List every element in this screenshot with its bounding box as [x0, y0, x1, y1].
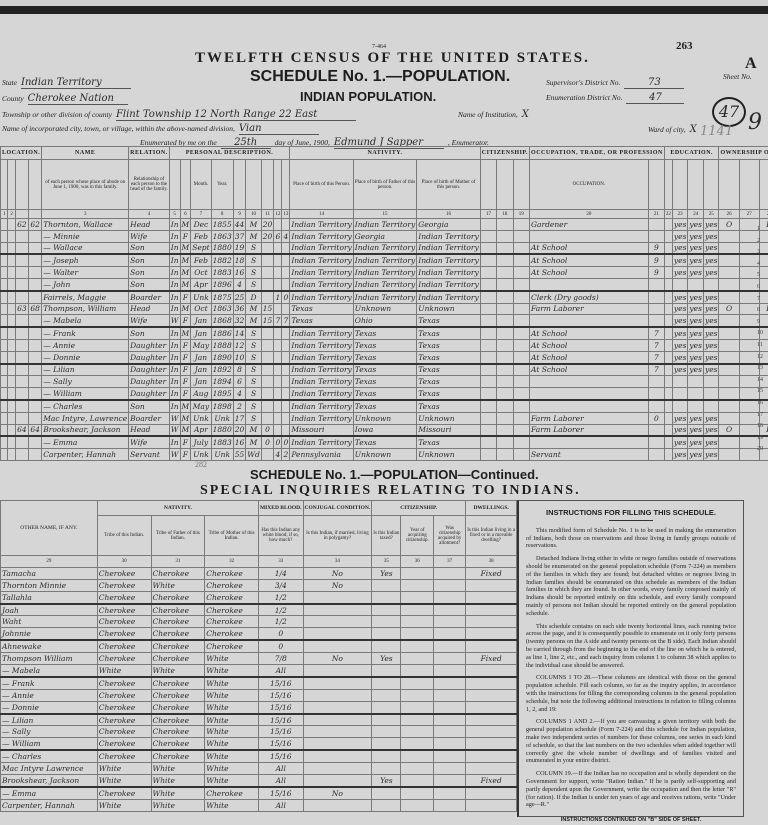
cell-kids	[274, 400, 282, 412]
cell-age: 6	[233, 376, 246, 388]
cell-empty	[1, 254, 8, 266]
cell-eng: yes	[703, 267, 719, 279]
cell-empty	[664, 388, 672, 400]
cell-dw	[15, 327, 28, 339]
cell-fpob: Indian Territory	[353, 278, 416, 290]
cell-occ: At School	[530, 267, 649, 279]
instructions-title: INSTRUCTIONS FOR FILLING THIS SCHEDULE.	[526, 509, 736, 517]
cell-empty	[664, 376, 672, 388]
cell-fpob: Texas	[353, 351, 416, 363]
cell-rel: Boarder	[129, 412, 170, 424]
column-number: 7	[191, 210, 211, 219]
cell-mpob: Indian Territory	[417, 230, 480, 242]
cell-own	[719, 339, 739, 351]
cell-mo: 9	[648, 254, 664, 266]
column-number: 31	[151, 556, 205, 568]
cell-dwell	[466, 677, 517, 689]
cell-allot	[434, 604, 466, 616]
table-row: Thornton MinnieCherokeeWhiteCherokee3/4N…	[1, 579, 517, 591]
cell-yrs: 20	[261, 230, 274, 242]
cell-tm: Cherokee	[205, 787, 259, 799]
cell-month: Jan	[191, 364, 211, 376]
cell-poly	[303, 616, 372, 628]
cell-poly	[303, 775, 372, 787]
cell-own	[719, 376, 739, 388]
cell-tribe: White	[97, 775, 151, 787]
cell-race: In	[169, 230, 180, 242]
column-number: 14	[290, 210, 353, 219]
cell-year: Unk	[211, 412, 233, 424]
cell-name: — Walter	[42, 267, 129, 279]
cell-kids	[274, 388, 282, 400]
cell-allot	[434, 653, 466, 665]
cell-fam	[29, 254, 42, 266]
cell-sex: M	[180, 242, 191, 254]
cell-dwell	[466, 750, 517, 762]
cell-other: — William	[1, 738, 98, 750]
cell-fam	[29, 364, 42, 376]
cell-empty	[1, 230, 8, 242]
cell-empty	[8, 339, 15, 351]
cell-poly	[303, 738, 372, 750]
cell-own	[719, 278, 739, 290]
cell-empty	[480, 351, 496, 363]
cell-mpob: Texas	[417, 364, 480, 376]
cell-empty	[8, 351, 15, 363]
cell-kids	[274, 254, 282, 266]
cell-month: Jan	[191, 327, 211, 339]
cell-empty	[480, 315, 496, 327]
cell-yrs: 0	[261, 436, 274, 448]
cell-empty	[513, 242, 529, 254]
cell-tribe: White	[97, 799, 151, 811]
cell-tf: White	[151, 799, 205, 811]
cell-race: In	[169, 303, 180, 315]
cell-tribe: Cherokee	[97, 640, 151, 652]
cell-eng: yes	[703, 339, 719, 351]
cell-other: — Charles	[1, 750, 98, 762]
column-number: 19	[513, 210, 529, 219]
cell-year	[401, 726, 434, 738]
cell-empty	[1, 278, 8, 290]
cell-sex: F	[180, 291, 191, 303]
cell-year	[401, 677, 434, 689]
cell-yrs	[261, 376, 274, 388]
cell-mo	[648, 230, 664, 242]
cell-tribe: White	[97, 665, 151, 677]
cell-fpob: Unknown	[353, 412, 416, 424]
citizenship-group: CITIZENSHIP.	[372, 501, 466, 516]
table-row: Brookshear, JacksonWhiteWhiteWhiteAllYes…	[1, 775, 517, 787]
cell-fam	[29, 278, 42, 290]
cell-empty	[1, 267, 8, 279]
cell-empty	[480, 376, 496, 388]
cell-empty	[513, 339, 529, 351]
cell-other: — Lilian	[1, 714, 98, 726]
cell-year	[401, 738, 434, 750]
cell-mar: M	[246, 436, 262, 448]
cell-mo: 9	[648, 242, 664, 254]
table-row: WahtCherokeeCherokeeCherokee1/2	[1, 616, 517, 628]
cell-own	[719, 254, 739, 266]
cell-own: O	[719, 219, 739, 231]
cell-sex: F	[180, 351, 191, 363]
cell-fpob: Indian Territory	[353, 291, 416, 303]
cell-yrs	[261, 278, 274, 290]
cell-allot	[434, 750, 466, 762]
cell-year	[401, 763, 434, 775]
cell-mar: S	[246, 267, 262, 279]
cell-other: Waht	[1, 616, 98, 628]
cell-year: 1888	[211, 339, 233, 351]
column-number: 3	[42, 210, 129, 219]
cell-dwell	[466, 604, 517, 616]
table-row: AhnewakeCherokeeCherokeeCherokee0	[1, 640, 517, 652]
cell-fam: 64	[29, 424, 42, 436]
cell-empty	[497, 303, 513, 315]
cell-yrs	[261, 364, 274, 376]
cell-empty	[664, 278, 672, 290]
cell-name: — Joseph	[42, 254, 129, 266]
cell-pob: Indian Territory	[290, 388, 353, 400]
cell-eng: yes	[703, 364, 719, 376]
cell-tf: White	[151, 787, 205, 799]
cell-occ: At School	[530, 327, 649, 339]
cell-allot	[434, 799, 466, 811]
tribe-header: Tribe of this Indian.	[97, 516, 151, 556]
cell-empty	[1, 376, 8, 388]
cell-fpob: Texas	[353, 436, 416, 448]
mixed-group: MIXED BLOOD.	[258, 501, 303, 516]
cell-taxed	[372, 591, 401, 603]
cell-empty	[513, 449, 529, 461]
cell-read: yes	[672, 230, 688, 242]
cell-kids	[274, 412, 282, 424]
cell-tm: White	[205, 689, 259, 701]
institution-value: X	[522, 109, 529, 120]
cell-fam	[29, 242, 42, 254]
cell-living	[282, 400, 290, 412]
cell-allot	[434, 640, 466, 652]
cell-sex: M	[180, 254, 191, 266]
cell-empty	[497, 436, 513, 448]
cell-race: In	[169, 400, 180, 412]
cell-month: Unk	[191, 449, 211, 461]
cell-mar: S	[246, 412, 262, 424]
cell-living	[282, 412, 290, 424]
cell-rel: Head	[129, 219, 170, 231]
cell-read: yes	[672, 291, 688, 303]
column-number	[15, 210, 28, 219]
cell-sex: F	[180, 315, 191, 327]
cell-name: — Emma	[42, 436, 129, 448]
cell-empty	[8, 364, 15, 376]
cell-poly	[303, 628, 372, 640]
cell-empty	[513, 303, 529, 315]
table-row: — JohnSonInMApr18964SIndian TerritoryInd…	[1, 278, 768, 290]
cell-dwell	[466, 616, 517, 628]
cell-empty	[1, 364, 8, 376]
cell-read: yes	[672, 412, 688, 424]
cell-kids	[274, 376, 282, 388]
cell-race: In	[169, 254, 180, 266]
cell-read	[672, 376, 688, 388]
cell-pob: Indian Territory	[290, 364, 353, 376]
cell-year	[401, 787, 434, 799]
cell-taxed	[372, 750, 401, 762]
cell-mpob: Texas	[417, 351, 480, 363]
table-row: Carpenter, HannahServantWFUnkUnk55Wd42Pe…	[1, 449, 768, 461]
cell-name: Mac Intyre, Lawrence	[42, 412, 129, 424]
cell-empty	[513, 412, 529, 424]
cell-tribe: Cherokee	[97, 701, 151, 713]
cell-mpob: Unknown	[417, 449, 480, 461]
cell-year	[401, 616, 434, 628]
cell-tribe: Cherokee	[97, 677, 151, 689]
cell-empty	[8, 267, 15, 279]
tribe-mother-header: Tribe of Mother of this Indian.	[205, 516, 259, 556]
cell-tf: White	[151, 665, 205, 677]
cell-year	[401, 750, 434, 762]
cell-empty	[8, 400, 15, 412]
cell-fpob: Iowa	[353, 424, 416, 436]
cell-year: 1886	[211, 327, 233, 339]
cell-yrs	[261, 327, 274, 339]
cell-allot	[434, 701, 466, 713]
cell-mo	[648, 400, 664, 412]
cell-rel: Son	[129, 327, 170, 339]
cell-year: 1883	[211, 267, 233, 279]
cell-empty	[664, 291, 672, 303]
margin-scribble: 282	[195, 460, 207, 469]
scan-edge	[0, 6, 768, 14]
cell-name: — Wallace	[42, 242, 129, 254]
line-numbers: 1234567891011121314151617181920	[757, 224, 763, 456]
line-number: 8	[757, 305, 763, 317]
column-number: 35	[372, 556, 401, 568]
cell-pob: Indian Territory	[290, 254, 353, 266]
cell-living: 2	[282, 449, 290, 461]
cell-own	[719, 364, 739, 376]
table-row: TamachaCherokeeCherokeeCherokee1/4NoYesF…	[1, 567, 517, 579]
line-number: 3	[757, 247, 763, 259]
cell-name: — William	[42, 388, 129, 400]
table-row: Fairrels, MaggieBoarderInFUnk187525D10In…	[1, 291, 768, 303]
cell-year: 1880	[211, 424, 233, 436]
cell-rel: Servant	[129, 449, 170, 461]
cell-yrs	[261, 291, 274, 303]
cell-month: Jan	[191, 376, 211, 388]
year-header: Year.	[211, 160, 233, 210]
cell-occ	[530, 315, 649, 327]
instructions-panel: INSTRUCTIONS FOR FILLING THIS SCHEDULE. …	[517, 500, 744, 817]
cell-empty	[480, 400, 496, 412]
cell-eng	[703, 278, 719, 290]
cell-mar: M	[246, 424, 262, 436]
cell-tribe: Cherokee	[97, 750, 151, 762]
table-row: 6368Thompson, WilliamHeadInMOct186336M15…	[1, 303, 768, 315]
cell-other: Tamacha	[1, 567, 98, 579]
cell-month: Oct	[191, 303, 211, 315]
table-row: — EmmaWifeInFJuly188316M000Indian Territ…	[1, 436, 768, 448]
column-number: 10	[246, 210, 262, 219]
cell-tm: Cherokee	[205, 567, 259, 579]
cell-empty	[664, 351, 672, 363]
occupation-header: OCCUPATION.	[530, 160, 649, 210]
cell-empty	[497, 364, 513, 376]
column-number: 36	[401, 556, 434, 568]
cell-empty	[664, 364, 672, 376]
cell-kids: 1	[274, 291, 282, 303]
cell-tribe: Cherokee	[97, 604, 151, 616]
cell-dw	[15, 364, 28, 376]
cell-year: 1898	[211, 400, 233, 412]
cell-dwell	[466, 640, 517, 652]
cell-taxed: Yes	[372, 567, 401, 579]
cell-empty	[513, 436, 529, 448]
cell-fpob: Texas	[353, 339, 416, 351]
cell-blood: 3/4	[258, 579, 303, 591]
cell-age: 16	[233, 436, 246, 448]
month-header: Month.	[191, 160, 211, 210]
cell-mpob: Texas	[417, 327, 480, 339]
cell-occ: Farm Laborer	[530, 412, 649, 424]
column-number: 38	[466, 556, 517, 568]
cell-mo: 7	[648, 327, 664, 339]
cell-eng: yes	[703, 219, 719, 231]
cell-kids: 0	[274, 436, 282, 448]
cell-tribe: Cherokee	[97, 726, 151, 738]
cell-mo: 7	[648, 339, 664, 351]
cell-fpob: Indian Territory	[353, 219, 416, 231]
cell-dwell	[466, 591, 517, 603]
cell-name: — Donnie	[42, 351, 129, 363]
cell-own	[719, 436, 739, 448]
column-number: 8	[211, 210, 233, 219]
cell-eng: yes	[703, 412, 719, 424]
cell-tm: White	[205, 750, 259, 762]
cell-living	[282, 242, 290, 254]
cell-race: In	[169, 242, 180, 254]
column-number: 37	[434, 556, 466, 568]
column-number: 20	[530, 210, 649, 219]
cell-yrs: 0	[261, 424, 274, 436]
cell-dwell: Fixed	[466, 653, 517, 665]
cell-mar: S	[246, 254, 262, 266]
cell-empty	[480, 254, 496, 266]
cell-year: 1896	[211, 278, 233, 290]
cell-pob: Missouri	[290, 424, 353, 436]
cell-mo	[648, 376, 664, 388]
group-occupation: OCCUPATION, TRADE, OR PROFESSION	[530, 147, 665, 160]
cell-allot	[434, 616, 466, 628]
cell-sex: M	[180, 278, 191, 290]
table-row: — LilianDaughterInFJan18928SIndian Terri…	[1, 364, 768, 376]
cell-read: yes	[672, 424, 688, 436]
allotment-header: Was citizenship acquired by allotment?	[434, 516, 466, 556]
cell-race: W	[169, 449, 180, 461]
cell-dw	[15, 278, 28, 290]
cell-tf: White	[151, 579, 205, 591]
cell-occ: Farm Laborer	[530, 303, 649, 315]
cell-occ: At School	[530, 339, 649, 351]
table-row: — WalterSonInMOct188316SIndian Territory…	[1, 267, 768, 279]
cell-blood: 15/16	[258, 689, 303, 701]
cell-sex: F	[180, 339, 191, 351]
cell-tm: White	[205, 677, 259, 689]
cell-empty	[664, 436, 672, 448]
state-label: State	[2, 78, 17, 87]
cell-pob: Indian Territory	[290, 267, 353, 279]
cell-poly	[303, 665, 372, 677]
cell-tribe: White	[97, 763, 151, 775]
cell-race: W	[169, 424, 180, 436]
cell-tf: Cherokee	[151, 616, 205, 628]
line-number: 9	[757, 317, 763, 329]
table-row: 6262Thornton, WallaceHeadInMDec185544M20…	[1, 219, 768, 231]
cell-month: Feb	[191, 230, 211, 242]
cell-age: 12	[233, 339, 246, 351]
table-row: 6464Brookshear, JacksonHeadWMApr188020M0…	[1, 424, 768, 436]
cell-tf: Cherokee	[151, 567, 205, 579]
line-number: 12	[757, 352, 763, 364]
ward-value: X	[690, 124, 697, 135]
cell-mo	[648, 303, 664, 315]
cell-write: yes	[688, 339, 704, 351]
cell-dw	[15, 315, 28, 327]
cell-empty	[513, 364, 529, 376]
cell-mar: S	[246, 278, 262, 290]
cell-empty	[1, 303, 8, 315]
cell-kids	[274, 278, 282, 290]
cell-tm: White	[205, 799, 259, 811]
cell-name: — Frank	[42, 327, 129, 339]
taxed-header: Is this Indian taxed?	[372, 516, 401, 556]
cell-mo	[648, 424, 664, 436]
cell-allot	[434, 714, 466, 726]
instruction-paragraph: COLUMN 19.—If the Indian has no occupati…	[526, 770, 736, 809]
cell-empty	[480, 267, 496, 279]
cell-kids: 6	[274, 230, 282, 242]
column-number: 6	[180, 210, 191, 219]
cell-eng: yes	[703, 327, 719, 339]
cell-year: 1868	[211, 315, 233, 327]
cell-write: yes	[688, 303, 704, 315]
cell-mar: M	[246, 303, 262, 315]
cell-tf: Cherokee	[151, 714, 205, 726]
cell-race: In	[169, 376, 180, 388]
cell-mo	[648, 291, 664, 303]
cell-mar: S	[246, 351, 262, 363]
cell-year	[401, 628, 434, 640]
cell-living	[282, 267, 290, 279]
cell-blood: 15/16	[258, 714, 303, 726]
cell-sex: M	[180, 400, 191, 412]
cell-empty	[513, 400, 529, 412]
cell-own: O	[719, 303, 739, 315]
cell-name: — Annie	[42, 339, 129, 351]
cell-empty	[8, 242, 15, 254]
cell-mo	[648, 278, 664, 290]
cell-dwell	[466, 726, 517, 738]
cell-year	[401, 701, 434, 713]
cell-living	[282, 303, 290, 315]
cell-tm: White	[205, 714, 259, 726]
cell-mar: M	[246, 230, 262, 242]
cell-blood: 1/2	[258, 591, 303, 603]
cell-empty	[480, 278, 496, 290]
cell-write	[688, 376, 704, 388]
